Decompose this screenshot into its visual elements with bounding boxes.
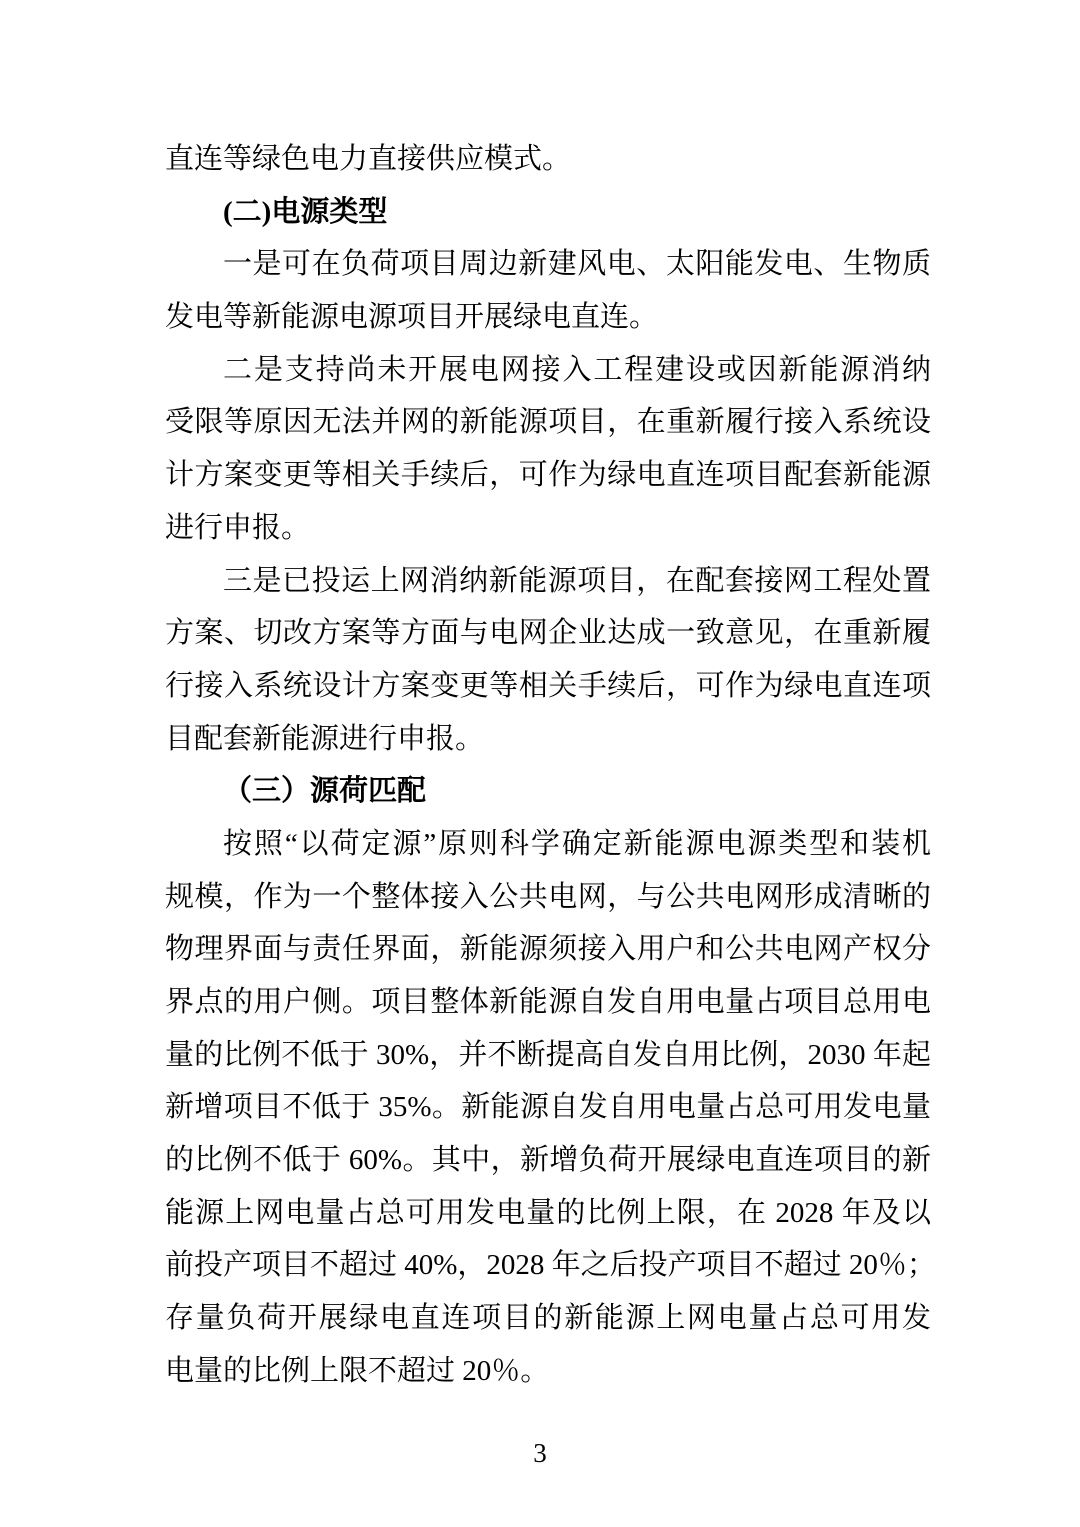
text-line: 按照“以荷定源”原则科学确定新能源电源类型和装机	[165, 818, 931, 871]
text-line: 发电等新能源电源项目开展绿电直连。	[165, 291, 931, 344]
page-number: 3	[0, 1433, 1080, 1473]
text-line: 直连等绿色电力直接供应模式。	[165, 133, 931, 186]
section-heading: （三）源荷匹配	[165, 765, 931, 818]
text-line: 进行申报。	[165, 502, 931, 555]
text-line: 受限等原因无法并网的新能源项目，在重新履行接入系统设	[165, 396, 931, 449]
text-line: 二是支持尚未开展电网接入工程建设或因新能源消纳	[165, 344, 931, 397]
text-line: 新增项目不低于 35%。新能源自发自用电量占总可用发电量	[165, 1081, 931, 1134]
text-line: 规模，作为一个整体接入公共电网，与公共电网形成清晰的	[165, 871, 931, 924]
document-body: 直连等绿色电力直接供应模式。(二)电源类型一是可在负荷项目周边新建风电、太阳能发…	[165, 133, 931, 1398]
text-line: 计方案变更等相关手续后，可作为绿电直连项目配套新能源	[165, 449, 931, 502]
text-line: 界点的用户侧。项目整体新能源自发自用电量占项目总用电	[165, 976, 931, 1029]
text-line: 的比例不低于 60%。其中，新增负荷开展绿电直连项目的新	[165, 1134, 931, 1187]
text-line: 目配套新能源进行申报。	[165, 713, 931, 766]
text-line: 方案、切改方案等方面与电网企业达成一致意见，在重新履	[165, 607, 931, 660]
text-line: 一是可在负荷项目周边新建风电、太阳能发电、生物质	[165, 238, 931, 291]
text-line: 能源上网电量占总可用发电量的比例上限，在 2028 年及以	[165, 1187, 931, 1240]
text-line: 三是已投运上网消纳新能源项目，在配套接网工程处置	[165, 555, 931, 608]
text-line: 前投产项目不超过 40%，2028 年之后投产项目不超过 20％；	[165, 1239, 931, 1292]
text-line: 电量的比例上限不超过 20％。	[165, 1345, 931, 1398]
text-line: 物理界面与责任界面，新能源须接入用户和公共电网产权分	[165, 923, 931, 976]
text-line: 量的比例不低于 30%，并不断提高自发自用比例，2030 年起	[165, 1029, 931, 1082]
text-line: 存量负荷开展绿电直连项目的新能源上网电量占总可用发	[165, 1292, 931, 1345]
section-heading: (二)电源类型	[165, 186, 931, 239]
text-line: 行接入系统设计方案变更等相关手续后，可作为绿电直连项	[165, 660, 931, 713]
